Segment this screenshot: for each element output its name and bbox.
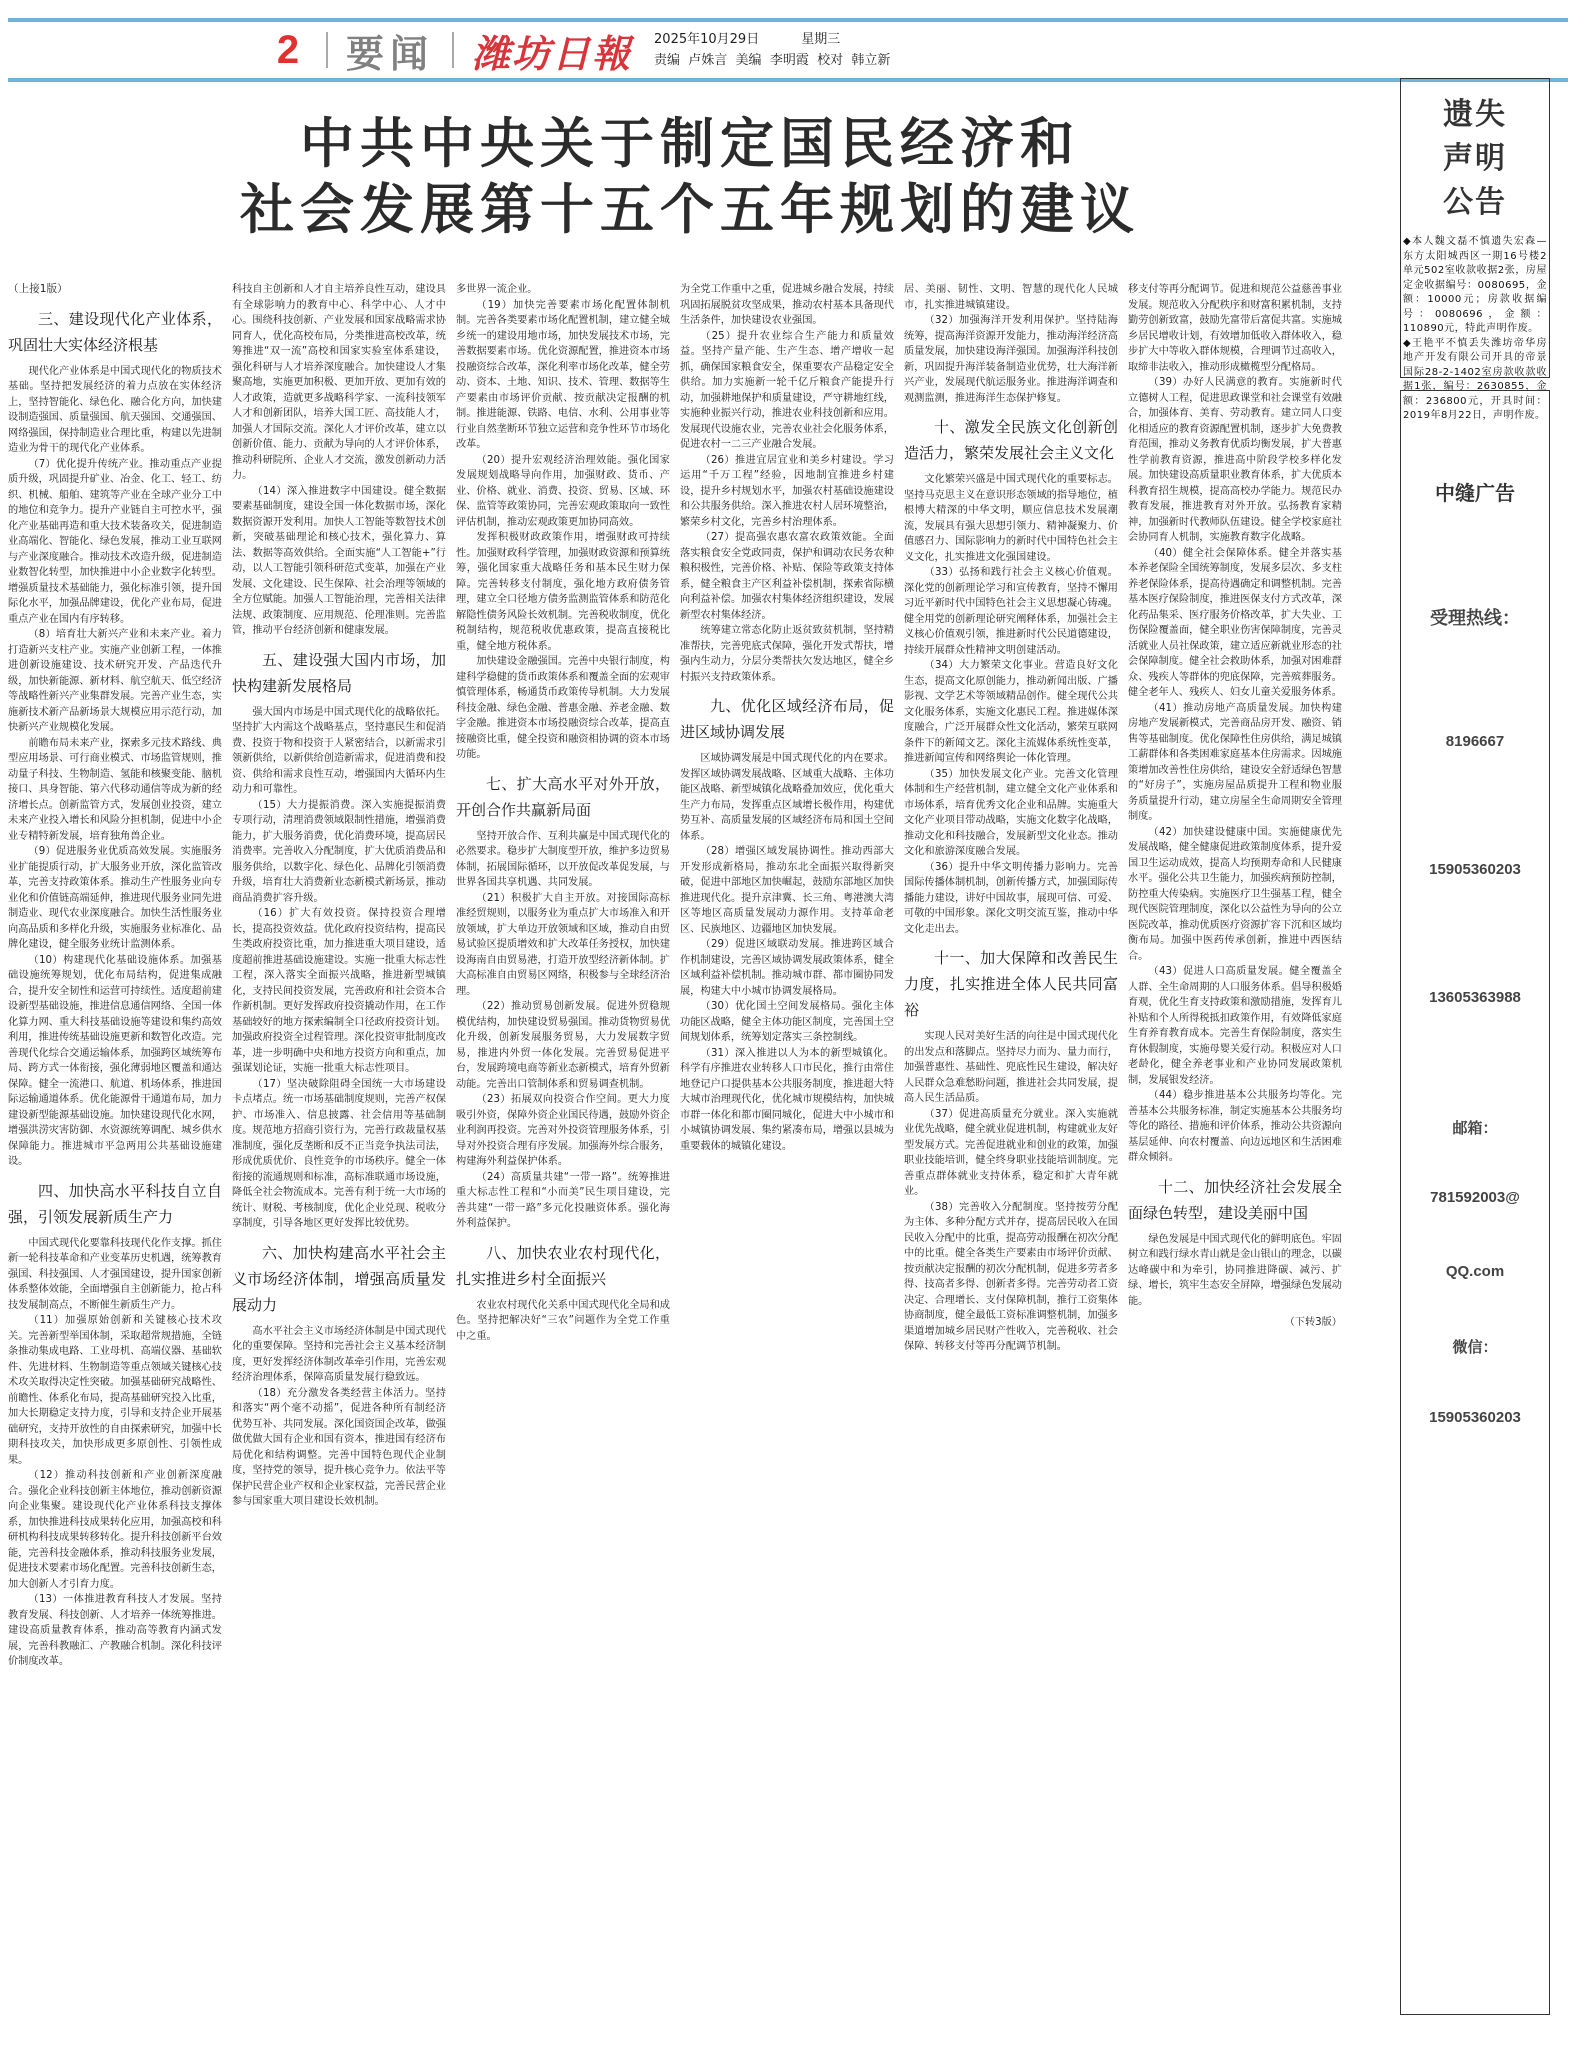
article-paragraph: （30）优化国土空间发展格局。强化主体功能区战略，健全主体功能区制度，完善国土空… (680, 999, 894, 1046)
masthead-divider (452, 32, 454, 68)
article-column-1: （上接1版）三、建设现代化产业体系，巩固壮大实体经济根基现代化产业体系是中国式现… (8, 282, 222, 2037)
continued-from-note: （上接1版） (8, 282, 222, 298)
article-paragraph: （15）大力提振消费。深入实施提振消费专项行动，清理消费领域限制性措施，增强消费… (232, 798, 446, 907)
article-paragraph: （19）加快完善要素市场化配置体制机制。完善各类要素市场化配置机制，建立健全城乡… (456, 298, 670, 453)
notice-title-3: 公告 (1403, 181, 1547, 225)
article-paragraph: （17）坚决破除阻碍全国统一大市场建设卡点堵点。统一市场基础制度规则，完善产权保… (232, 1077, 446, 1232)
article-paragraph: （34）大力繁荣文化事业。营造良好文化生态，提高文化原创能力，推动新闻出版、广播… (904, 658, 1118, 767)
masthead: 2 要闻 潍坊日報 2025年10月29日星期三 责编 卢姝言 美编 李明霞 校… (8, 18, 1568, 82)
article-body: （上接1版）三、建设现代化产业体系，巩固壮大实体经济根基现代化产业体系是中国式现… (8, 282, 1348, 2042)
hotline-label: 受理热线： (1401, 604, 1549, 630)
article-paragraph: （13）一体推进教育科技人才发展。坚持教育发展、科技创新、人才培养一体统筹推进。… (8, 1592, 222, 1670)
article-paragraph: （32）加强海洋开发利用保护。坚持陆海统筹，提高海洋资源开发能力，推动海洋经济高… (904, 313, 1118, 406)
article-paragraph: （28）增强区域发展协调性。推动西部大开发形成新格局，推动东北全面振兴取得新突破… (680, 844, 894, 937)
article-column-2: 科技自主创新和人才自主培养良性互动，建设具有全球影响力的教育中心、科学中心、人才… (232, 282, 446, 2037)
article-paragraph: （26）推进宜居宜业和美乡村建设。学习运用“千万工程”经验，因地制宜推进乡村建设… (680, 453, 894, 531)
article-paragraph: 坚持开放合作、互利共赢是中国式现代化的必然要求。稳步扩大制度型开放，维护多边贸易… (456, 829, 670, 891)
article-paragraph: （11）加强原始创新和关键核心技术攻关。完善新型举国体制，采取超常规措施，全链条… (8, 1313, 222, 1468)
article-paragraph: （22）推动贸易创新发展。促进外贸稳规模优结构，加快建设贸易强国。推动货物贸易优… (456, 999, 670, 1092)
section-heading: 五、建设强大国内市场，加快构建新发展格局 (232, 647, 446, 699)
article-paragraph: （39）办好人民满意的教育。实施新时代立德树人工程，促进思政课堂和社会课堂有效融… (1128, 375, 1342, 546)
lost-notice-box: 遗失 声明 公告 ◆本人魏文磊不慎遗失宏森—东方太阳城西区一期16号楼2单元50… (1400, 78, 1550, 378)
article-paragraph: 多世界一流企业。 (456, 282, 670, 298)
continued-to-note: （下转3版） (1128, 1315, 1342, 1331)
page-number: 2 (268, 28, 308, 73)
article-column-6: 移支付等再分配调节。促进和规范公益慈善事业发展。规范收入分配秩序和财富积累机制，… (1128, 282, 1342, 2037)
article-paragraph: 绿色发展是中国式现代化的鲜明底色。牢固树立和践行绿水青山就是金山银山的理念，以碳… (1128, 1232, 1342, 1310)
article-paragraph: （27）提高强农惠农富农政策效能。全面落实粮食安全党政同责，保护和调动农民务农种… (680, 530, 894, 623)
section-heading: 九、优化区域经济布局，促进区域协调发展 (680, 693, 894, 745)
masthead-meta: 2025年10月29日星期三 责编 卢姝言 美编 李明霞 校对 韩立新 (654, 29, 890, 71)
article-column-3: 多世界一流企业。（19）加快完善要素市场化配置体制机制。完善各类要素市场化配置机… (456, 282, 670, 2037)
article-paragraph: 居、美丽、韧性、文明、智慧的现代化人民城市，扎实推进城镇建设。 (904, 282, 1118, 313)
article-paragraph: 发挥积极财政政策作用，增强财政可持续性。加强财政科学管理，加强财政资源和预算统筹… (456, 530, 670, 654)
article-paragraph: （25）提升农业综合生产能力和质量效益。坚持产量产能、生产生态、增产增收一起抓，… (680, 329, 894, 453)
article-paragraph: （41）推动房地产高质量发展。加快构建房地产发展新模式，完善商品房开发、融资、销… (1128, 701, 1342, 825)
article-paragraph: （43）促进人口高质量发展。健全覆盖全人群、全生命周期的人口服务体系。倡导积极婚… (1128, 964, 1342, 1088)
article-paragraph: （12）推动科技创新和产业创新深度融合。强化企业科技创新主体地位，推动创新资源向… (8, 1468, 222, 1592)
page-headline: 中共中央关于制定国民经济和 社会发展第十五个五年规划的建议 (240, 110, 1140, 242)
headline-line-2: 社会发展第十五个五年规划的建议 (240, 176, 1140, 242)
section-heading: 十二、加快经济社会发展全面绿色转型，建设美丽中国 (1128, 1174, 1342, 1226)
article-paragraph: 前瞻布局未来产业，探索多元技术路线、典型应用场景、可行商业模式、市场监管规则，推… (8, 736, 222, 845)
article-paragraph: （7）优化提升传统产业。推动重点产业提质升级，巩固提升矿业、冶金、化工、轻工、纺… (8, 457, 222, 628)
headline-line-1: 中共中央关于制定国民经济和 (240, 110, 1140, 176)
notice-title-1: 遗失 (1403, 93, 1547, 137)
section-heading: 八、加快农业农村现代化，扎实推进乡村全面振兴 (456, 1240, 670, 1292)
article-paragraph: 区域协调发展是中国式现代化的内在要求。发挥区域协调发展战略、区域重大战略、主体功… (680, 751, 894, 844)
article-paragraph: （14）深入推进数字中国建设。健全数据要素基础制度，建设全国一体化数据市场，深化… (232, 484, 446, 639)
masthead-divider (326, 32, 328, 68)
article-paragraph: （16）扩大有效投资。保持投资合理增长，提高投资效益。优化政府投资结构，提高民生… (232, 906, 446, 1077)
issue-weekday: 星期三 (801, 32, 840, 47)
article-paragraph: （10）构建现代化基础设施体系。加强基础设施统筹规划，优化布局结构，促进集成融合… (8, 953, 222, 1170)
phone-number: 8196667 (1401, 733, 1549, 750)
notice-item: ◆本人魏文磊不慎遗失宏森—东方太阳城西区一期16号楼2单元502室收款收据2张，… (1403, 235, 1547, 337)
article-paragraph: 中国式现代化要靠科技现代化作支撑。抓住新一轮科技革命和产业变革历史机遇，统筹教育… (8, 1236, 222, 1314)
article-paragraph: （44）稳步推进基本公共服务均等化。完善基本公共服务标准，制定实施基本公共服务均… (1128, 1088, 1342, 1166)
article-paragraph: （8）培育壮大新兴产业和未来产业。着力打造新兴支柱产业。实施产业创新工程，一体推… (8, 627, 222, 736)
article-paragraph: （9）促进服务业优质高效发展。实施服务业扩能提质行动，扩大服务业开放，深化监管改… (8, 844, 222, 953)
classified-sidebar: 遗失 声明 公告 ◆本人魏文磊不慎遗失宏森—东方太阳城西区一期16号楼2单元50… (1400, 78, 1550, 2015)
article-paragraph: 加快建设金融强国。完善中央银行制度，构建科学稳健的货币政策体系和覆盖全面的宏观审… (456, 654, 670, 763)
article-paragraph: 农业农村现代化关系中国式现代化全局和成色。坚持把解决好“三农”问题作为全党工作重… (456, 1298, 670, 1345)
article-paragraph: 统筹建立常态化防止返贫致贫机制，坚持精准帮扶，完善兜底式保障，强化开发式帮扶，增… (680, 623, 894, 685)
article-paragraph: （21）积极扩大自主开放。对接国际高标准经贸规则，以服务业为重点扩大市场准入和开… (456, 891, 670, 1000)
section-heading: 七、扩大高水平对外开放，开创合作共赢新局面 (456, 771, 670, 823)
article-paragraph: （40）健全社会保障体系。健全并落实基本养老保险全国统筹制度，发展多层次、多支柱… (1128, 546, 1342, 701)
article-column-5: 居、美丽、韧性、文明、智慧的现代化人民城市，扎实推进城镇建设。（32）加强海洋开… (904, 282, 1118, 2037)
phone-number: 15905360203 (1401, 861, 1549, 878)
article-paragraph: 为全党工作重中之重，促进城乡融合发展，持续巩固拓展脱贫攻坚成果，推动农村基本具备… (680, 282, 894, 329)
classified-ad-box: 中缝广告 受理热线： 8196667 15905360203 136053639… (1400, 390, 1550, 2015)
email-address-user: 781592003@ (1401, 1189, 1549, 1206)
article-paragraph: 移支付等再分配调节。促进和规范公益慈善事业发展。规范收入分配秩序和财富积累机制，… (1128, 282, 1342, 375)
article-paragraph: （35）加快发展文化产业。完善文化管理体制和生产经营机制，建立健全文化产业体系和… (904, 767, 1118, 860)
article-paragraph: （20）提升宏观经济治理效能。强化国家发展规划战略导向作用，加强财政、货币、产业… (456, 453, 670, 531)
editor-credits: 责编 卢姝言 美编 李明霞 校对 韩立新 (654, 53, 890, 68)
newspaper-logo: 潍坊日報 (472, 23, 632, 78)
article-paragraph: 强大国内市场是中国式现代化的战略依托。坚持扩大内需这个战略基点，坚持惠民生和促消… (232, 705, 446, 798)
article-column-4: 为全党工作重中之重，促进城乡融合发展，持续巩固拓展脱贫攻坚成果，推动农村基本具备… (680, 282, 894, 2037)
notice-title-2: 声明 (1403, 137, 1547, 181)
issue-date: 2025年10月29日 (654, 32, 759, 47)
article-paragraph: 实现人民对美好生活的向往是中国式现代化的出发点和落脚点。坚持尽力而为、量力而行，… (904, 1029, 1118, 1107)
section-heading: 六、加快构建高水平社会主义市场经济体制，增强高质量发展动力 (232, 1240, 446, 1318)
phone-number: 13605363988 (1401, 989, 1549, 1006)
email-address-domain: QQ.com (1401, 1263, 1549, 1280)
article-paragraph: （18）充分激发各类经营主体活力。坚持和落实“两个毫不动摇”，促进各种所有制经济… (232, 1386, 446, 1510)
section-heading: 三、建设现代化产业体系，巩固壮大实体经济根基 (8, 306, 222, 358)
email-label: 邮箱： (1401, 1117, 1549, 1138)
article-paragraph: 科技自主创新和人才自主培养良性互动，建设具有全球影响力的教育中心、科学中心、人才… (232, 282, 446, 484)
article-paragraph: 高水平社会主义市场经济体制是中国式现代化的重要保障。坚持和完善社会主义基本经济制… (232, 1324, 446, 1386)
article-paragraph: （37）促进高质量充分就业。深入实施就业优先战略，健全就业促进机制，构建就业友好… (904, 1107, 1118, 1200)
section-heading: 十一、加大保障和改善民生力度，扎实推进全体人民共同富裕 (904, 945, 1118, 1023)
article-paragraph: （33）弘扬和践行社会主义核心价值观。深化党的创新理论学习和宣传教育，坚持不懈用… (904, 565, 1118, 658)
article-paragraph: （24）高质量共建“一带一路”。统筹推进重大标志性工程和“小而美”民生项目建设，… (456, 1170, 670, 1232)
wechat-id: 15905360203 (1401, 1409, 1549, 1426)
article-paragraph: （38）完善收入分配制度。坚持按劳分配为主体、多种分配方式并存，提高居民收入在国… (904, 1200, 1118, 1355)
article-paragraph: （36）提升中华文明传播力影响力。完善国际传播体制机制，创新传播方式，加强国际传… (904, 860, 1118, 938)
wechat-label: 微信： (1401, 1336, 1549, 1357)
article-paragraph: 文化繁荣兴盛是中国式现代化的重要标志。坚持马克思主义在意识形态领域的指导地位，植… (904, 472, 1118, 565)
article-paragraph: （31）深入推进以人为本的新型城镇化。科学有序推进农业转移人口市民化，推行由常住… (680, 1046, 894, 1155)
article-paragraph: （23）拓展双向投资合作空间。更大力度吸引外资，保障外资企业国民待遇，鼓励外资企… (456, 1092, 670, 1170)
article-paragraph: （29）促进区域联动发展。推进跨区域合作机制建设，完善区域协调发展政策体系，健全… (680, 937, 894, 999)
section-heading: 十、激发全民族文化创新创造活力，繁荣发展社会主义文化 (904, 414, 1118, 466)
section-heading: 四、加快高水平科技自立自强，引领发展新质生产力 (8, 1178, 222, 1230)
article-paragraph: （42）加快建设健康中国。实施健康优先发展战略，健全健康促进政策制度体系，提升爱… (1128, 825, 1342, 965)
section-name: 要闻 (346, 23, 434, 78)
ad-box-title: 中缝广告 (1401, 477, 1549, 506)
article-paragraph: 现代化产业体系是中国式现代化的物质技术基础。坚持把发展经济的着力点放在实体经济上… (8, 364, 222, 457)
